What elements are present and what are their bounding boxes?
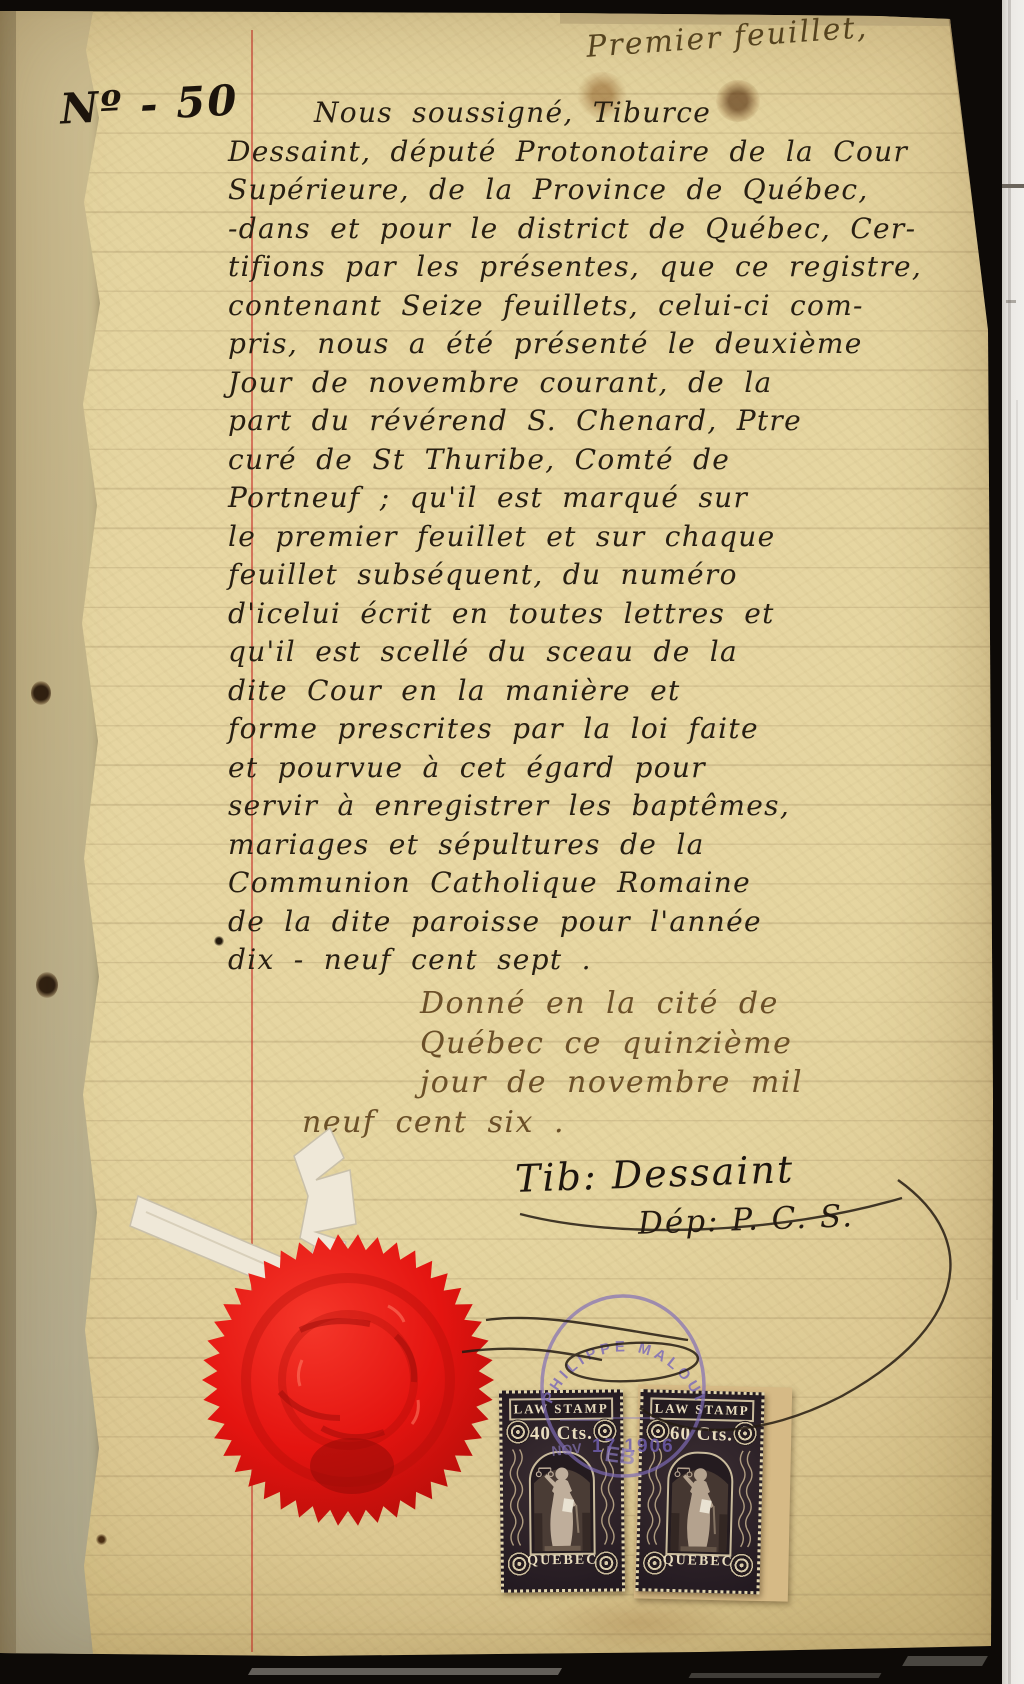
scan-background-strip (1002, 0, 1024, 1684)
handwritten-line: neuf cent six . (302, 1103, 940, 1143)
handwritten-line: Jour de novembre courant, de la (228, 364, 988, 403)
handwritten-line: dix - neuf cent sept . (228, 941, 988, 980)
law-stamp-header: LAW STAMP (650, 1397, 755, 1422)
handwritten-line: dite Cour en la manière et (228, 672, 988, 711)
handwritten-line: Donné en la cité de (420, 984, 940, 1024)
justice-figure-icon (531, 1453, 594, 1554)
stamp-backing-paper: LAW STAMP 60 Cts. (634, 1384, 792, 1601)
rosette-icon (592, 1418, 617, 1443)
strip-streak (1008, 0, 1011, 1684)
strip-streak (1016, 400, 1018, 1300)
law-stamp-header: LAW STAMP (509, 1397, 613, 1420)
handwritten-line: d'icelui écrit en toutes lettres et (228, 595, 988, 634)
band-streak (689, 1673, 882, 1678)
handwritten-line: -dans et pour le district de Québec, Cer… (228, 210, 988, 249)
stamp-vignette-window (529, 1451, 596, 1556)
law-stamp-60: LAW STAMP 60 Cts. (635, 1389, 764, 1594)
handwritten-line: Portneuf ; qu'il est marqué sur (228, 479, 988, 518)
stamp-vignette-window (665, 1451, 734, 1557)
signature-title: Dép: P. C. S. (637, 1198, 854, 1242)
justice-figure-icon (667, 1453, 732, 1555)
folio-number: Nº - 50 (59, 75, 240, 133)
handwritten-line: le premier feuillet et sur chaque (228, 518, 988, 557)
rosette-icon (505, 1419, 530, 1444)
handwritten-line: feuillet subséquent, du numéro (228, 556, 988, 595)
handwritten-line: Québec ce quinzième (420, 1024, 940, 1064)
handwritten-line: tifions par les présentes, que ce regist… (228, 248, 988, 287)
law-stamp-footer: QUEBEC (639, 1552, 757, 1571)
handwritten-line: forme prescrites par la loi faite (228, 710, 988, 749)
handwritten-line: Nous soussigné, Tiburce (228, 94, 988, 133)
paper: Nº - 50 Premier feuillet, Nous soussigné… (0, 0, 1002, 1684)
handwritten-line: contenant Seize feuillets, celui-ci com- (228, 287, 988, 326)
handwritten-line: mariages et sépultures de la (228, 826, 988, 865)
handwritten-line: qu'il est scellé du sceau de la (228, 633, 988, 672)
law-stamp-footer: QUEBEC (504, 1552, 622, 1569)
certificate-body: Nous soussigné, TiburceDessaint, député … (228, 94, 988, 980)
band-streak (248, 1668, 562, 1675)
law-stamp-40: LAW STAMP 40 Cts. (499, 1389, 625, 1592)
scanned-registry-page: Nº - 50 Premier feuillet, Nous soussigné… (0, 0, 1024, 1684)
handwritten-line: Dessaint, député Protonotaire de la Cour (228, 133, 988, 172)
strip-mark (1002, 184, 1024, 188)
strip-mark (1006, 300, 1016, 303)
handwritten-line: jour de novembre mil (420, 1063, 940, 1103)
handwritten-line: servir à enregistrer les baptêmes, (228, 787, 988, 826)
handwritten-line: pris, nous a été présenté le deuxième (228, 325, 988, 364)
handwritten-line: Communion Catholique Romaine (228, 864, 988, 903)
handwritten-line: et pourvue à cet égard pour (228, 749, 988, 788)
handwritten-line: part du révérend S. Chenard, Ptre (228, 402, 988, 441)
certificate-closing: Donné en la cité deQuébec ce quinzièmejo… (420, 984, 940, 1142)
handwritten-line: curé de St Thuribe, Comté de (228, 441, 988, 480)
handwritten-line: Supérieure, de la Province de Québec, (228, 171, 988, 210)
band-streak (902, 1656, 988, 1666)
handwritten-line: de la dite paroisse pour l'année (228, 903, 988, 942)
